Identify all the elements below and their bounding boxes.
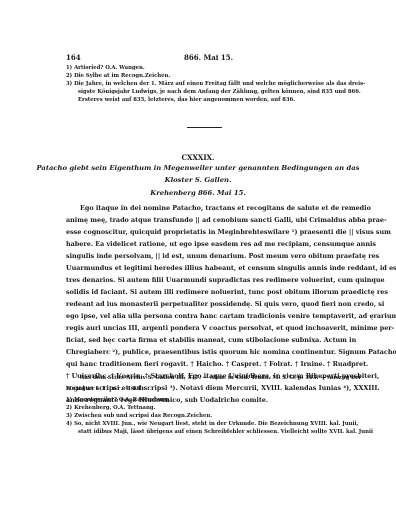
body-line: redeant ad ius monasterii perpetualiter …: [66, 298, 344, 310]
footnote-4: 4) So, nicht XVIII. Jun., wie Neugart li…: [66, 420, 346, 428]
source-line: Aus dem Stifts-Archiv S. Gallen III, 317…: [66, 373, 344, 384]
body-line: qui hanc traditionem fieri rogavit. † Ha…: [66, 358, 344, 370]
footnote-2: 2) Die Sylbe at im Recogn.Zeichen.: [66, 72, 346, 80]
footnote-3: 3) Die Jahre, in welchen der 1. März auf…: [66, 80, 346, 88]
body-line: solidis id faciant. Si autem illi redime…: [66, 286, 344, 298]
body-line: Chregiaberc ²), publice, praesentibus is…: [66, 346, 344, 358]
source-note: Aus dem Stifts-Archiv S. Gallen III, 317…: [66, 373, 344, 395]
source-line: Neugart I. nr. 444.: [66, 384, 344, 395]
footnote-3-cont: Ersteres weist auf 835, letzteres, das h…: [66, 96, 346, 104]
top-footnotes: 1) Artisried? O.A. Wangen. 2) Die Sylbe …: [66, 64, 346, 104]
footnote-1: 1) Megetsweiler? O.A. Ravensburg.: [66, 396, 346, 404]
footnote-3-cont: sigste Königsjahr Ludwigs, je nach dem A…: [66, 88, 346, 96]
place-date: Krehenberg 866. Mai 15.: [0, 189, 396, 197]
body-line: Ego itaque in dei nomine Patacho, tracta…: [66, 202, 344, 214]
body-line: animę meę, trado atque transfundo || ad …: [66, 214, 344, 226]
body-line: singulis inde persolvam, || id est, unum…: [66, 250, 344, 262]
section-divider: [187, 127, 222, 128]
document-title-line-2: Kloster S. Gallen.: [0, 176, 396, 184]
body-line: esse cognoscitur, quicquid proprietatis …: [66, 226, 344, 238]
body-line: Uuarmundus et legitimi heredes illius ha…: [66, 262, 344, 274]
bottom-footnotes: 1) Megetsweiler? O.A. Ravensburg. 2) Kre…: [66, 396, 346, 436]
document-title-line-1: Patacho giebt sein Eigenthum in Megenwei…: [0, 164, 396, 172]
body-line: ego ipse, vel alia ulla persona contra h…: [66, 310, 344, 322]
footnote-2: 2) Krehenberg, O.A. Tettnang.: [66, 404, 346, 412]
footnote-4-cont: statt idibus Maji, lässt übrigens auf ei…: [66, 428, 346, 436]
body-line: ficiat, sed hęc carta firma et stabilis …: [66, 334, 344, 346]
body-line: habere. Ea videlicet ratione, ut ego ips…: [66, 238, 344, 250]
body-line: regis auri uncias III, argenti pondera V…: [66, 322, 344, 334]
document-number: CXXXIX.: [0, 153, 396, 162]
page-number: 164: [66, 53, 81, 62]
running-title: 866. Mai 15.: [184, 53, 233, 62]
body-line: tres denarios. Si autem filii Uuarmundi …: [66, 274, 344, 286]
footnote-1: 1) Artisried? O.A. Wangen.: [66, 64, 346, 72]
footnote-3: 3) Zwischen sub und scripsi das Recogn.Z…: [66, 412, 346, 420]
